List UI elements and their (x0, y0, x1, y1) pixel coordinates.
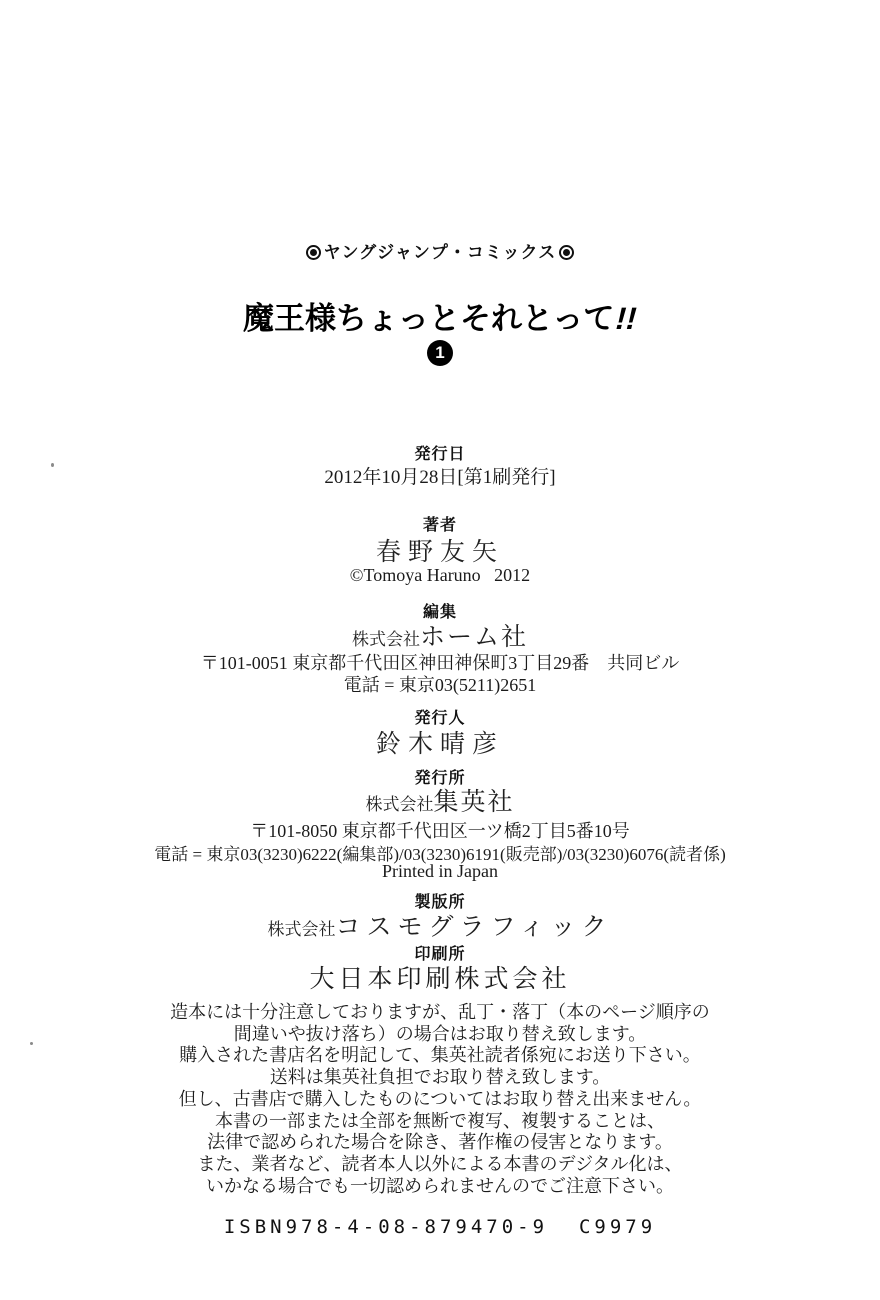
notice-line: 間違いや抜け落ち）の場合はお取り替え致します。 (0, 1024, 880, 1046)
publication-date-value: 2012年10月28日[第1刷発行] (0, 462, 880, 489)
colophon-page: ヤングジャンプ・コミックス 魔王様ちょっとそれとって!! 1 発行日 2012年… (0, 0, 880, 1300)
volume-number-badge: 1 (427, 340, 453, 366)
notice-line: 造本には十分注意しておりますが、乱丁・落丁（本のページ順序の (0, 1002, 880, 1024)
book-title-main: 魔王様ちょっとそれとって (243, 301, 614, 336)
notice-line: 法律で認められた場合を除き、著作権の侵害となります。 (0, 1132, 880, 1154)
plate-making-company-prefix: 株式会社 (267, 920, 335, 939)
notice-line: 送料は集英社負担でお取り替え致します。 (0, 1067, 880, 1089)
fisheye-icon-right (559, 245, 574, 260)
editing-company: 株式会社ホーム社 (0, 617, 880, 653)
series-label: ヤングジャンプ・コミックス (0, 238, 880, 263)
publication-date-heading: 発行日 (0, 441, 880, 464)
series-label-text: ヤングジャンプ・コミックス (324, 243, 557, 262)
notice-line: 本書の一部または全部を無断で複写、複製することは、 (0, 1111, 880, 1133)
handling-notice: 造本には十分注意しておりますが、乱丁・落丁（本のページ順序の 間違いや抜け落ち）… (0, 1002, 880, 1197)
plate-making-company-name: コスモグラフィック (335, 914, 612, 941)
printed-in-japan: Printed in Japan (0, 861, 880, 882)
isbn-line: ISBN978-4-08-879470-9 C9979 (0, 1216, 880, 1238)
editing-phone: 電話 = 東京03(5211)2651 (0, 671, 880, 697)
book-title-exclamation: !! (612, 301, 642, 337)
editing-company-name: ホーム社 (420, 624, 528, 651)
notice-line: いかなる場合でも一切認められませんのでご注意下さい。 (0, 1176, 880, 1198)
fisheye-icon-left (306, 245, 321, 260)
editing-company-prefix: 株式会社 (352, 630, 420, 649)
plate-making-company: 株式会社コスモグラフィック (0, 907, 880, 943)
book-title: 魔王様ちょっとそれとって!! (0, 293, 880, 338)
publisher-company-prefix: 株式会社 (365, 795, 433, 814)
author-name: 春野友矢 (0, 532, 880, 568)
publisher-person-name: 鈴木晴彦 (0, 724, 880, 760)
publisher-company-name: 集英社 (433, 789, 514, 816)
notice-line: 購入された書店名を明記して、集英社読者係宛にお送り下さい。 (0, 1045, 880, 1067)
notice-line: 但し、古書店で購入したものについてはお取り替え出来ません。 (0, 1089, 880, 1111)
copyright-line: ©Tomoya Haruno 2012 (0, 565, 880, 586)
publisher-company: 株式会社集英社 (0, 782, 880, 818)
volume-number: 1 (435, 343, 444, 362)
notice-line: また、業者など、読者本人以外による本書のデジタル化は、 (0, 1154, 880, 1176)
printing-company-name: 大日本印刷株式会社 (0, 959, 880, 995)
